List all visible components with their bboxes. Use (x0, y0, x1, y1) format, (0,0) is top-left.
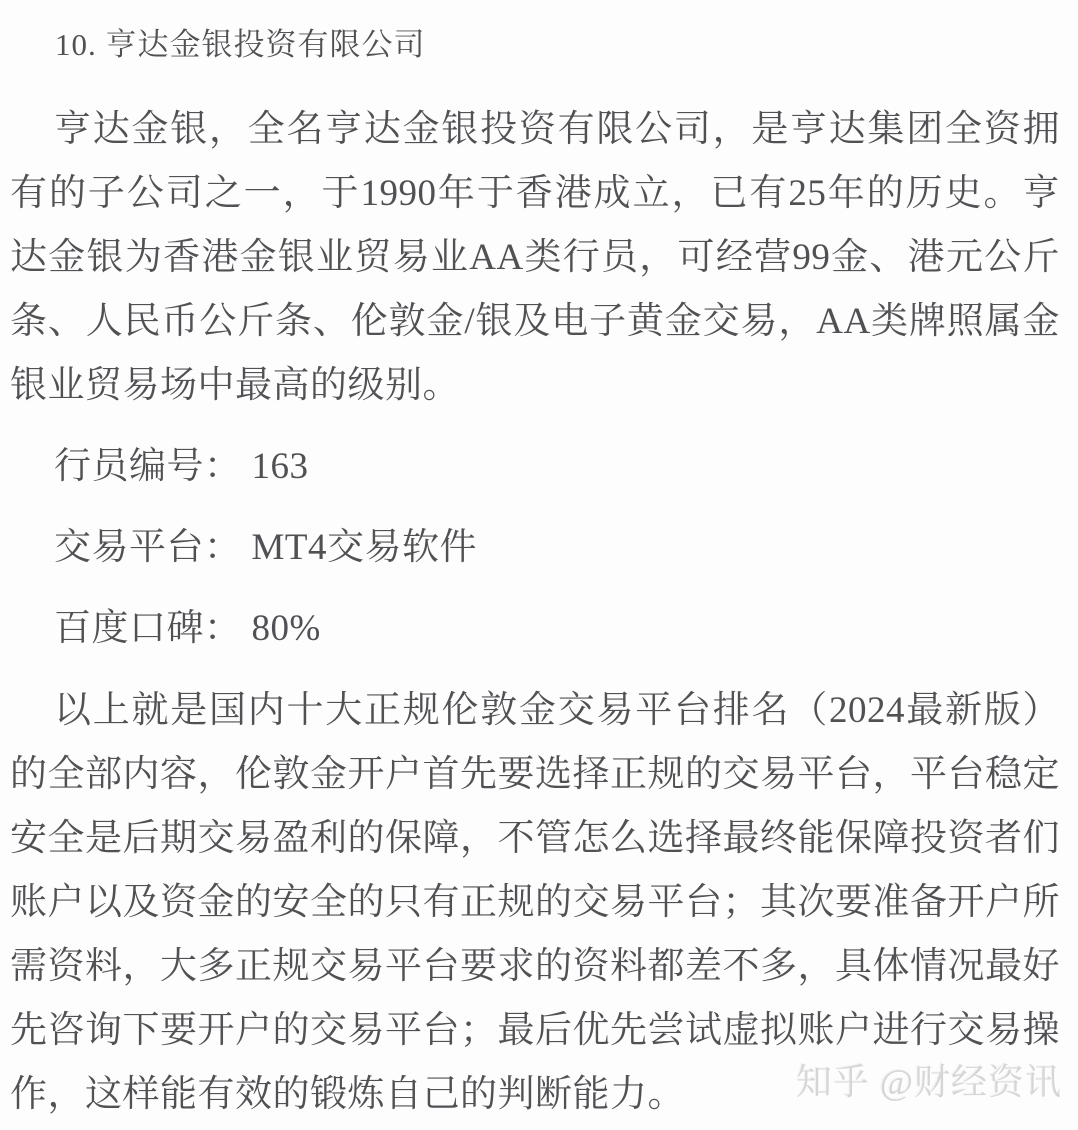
detail-line-baidu-reputation: 百度口碑：80% (10, 597, 1060, 661)
section-title: 10. 亨达金银投资有限公司 (55, 24, 1060, 66)
article-body: 10. 亨达金银投资有限公司 亨达金银，全名亨达金银投资有限公司，是亨达集团全资… (0, 0, 1078, 1130)
intro-paragraph: 亨达金银，全名亨达金银投资有限公司，是亨达集团全资拥有的子公司之一，于1990年… (10, 98, 1060, 418)
article-page: { "page": { "background": "#fdfdfd", "te… (0, 0, 1078, 1130)
member-number-label: 行员编号： (54, 446, 242, 487)
zhihu-watermark: 知乎 @财经资讯 (796, 1058, 1062, 1106)
trading-platform-label: 交易平台： (54, 527, 242, 568)
detail-line-trading-platform: 交易平台：MT4交易软件 (10, 516, 1060, 580)
baidu-reputation-value: 80% (252, 608, 321, 649)
detail-line-member-number: 行员编号：163 (10, 435, 1060, 499)
baidu-reputation-label: 百度口碑： (54, 608, 242, 649)
trading-platform-value: MT4交易软件 (252, 527, 478, 568)
member-number-value: 163 (252, 446, 309, 487)
